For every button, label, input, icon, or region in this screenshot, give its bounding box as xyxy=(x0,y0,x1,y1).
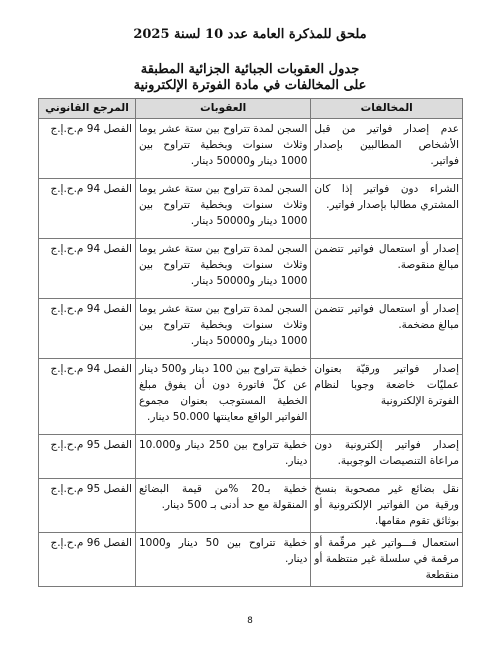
penalty-cell: السجن لمدة تتراوح بين ستة عشر يوما وثلاث… xyxy=(135,239,310,299)
reference-cell: الفصل 94 م.ح.إ.ج xyxy=(39,179,136,239)
violation-cell: إصدار فواتير ورقيّة بعنوان عمليّات خاضعة… xyxy=(311,359,463,435)
table-row: استعمال فـــواتير غير مرقّمة أو مرقمة في… xyxy=(39,533,463,587)
reference-cell: الفصل 94 م.ح.إ.ج xyxy=(39,359,136,435)
violation-cell: عدم إصدار فواتير من قبل الأشخاص المطالبي… xyxy=(311,119,463,179)
table-title-line-1: جدول العقوبات الجبائية الجزائية المطبقة xyxy=(0,62,500,77)
reference-cell: الفصل 95 م.ح.إ.ج xyxy=(39,435,136,479)
reference-cell: الفصل 94 م.ح.إ.ج xyxy=(39,239,136,299)
penalty-cell: السجن لمدة تتراوح بين ستة عشر يوما وثلاث… xyxy=(135,119,310,179)
header-legal-reference: المرجع القانوني xyxy=(39,99,136,119)
penalty-cell: خطية تتراوح بين 250 دينار و10.000 دينار. xyxy=(135,435,310,479)
table-row: إصدار فواتير إلكترونية دون مراعاة التنصي… xyxy=(39,435,463,479)
header-penalties: العقوبات xyxy=(135,99,310,119)
table-row: إصدار أو استعمال فواتير تتضمن مبالغ مضخم… xyxy=(39,299,463,359)
reference-cell: الفصل 94 م.ح.إ.ج xyxy=(39,119,136,179)
penalties-table: المخالفات العقوبات المرجع القانوني عدم إ… xyxy=(38,98,463,587)
penalty-cell: السجن لمدة تتراوح بين ستة عشر يوما وثلاث… xyxy=(135,179,310,239)
penalty-cell: السجن لمدة تتراوح بين ستة عشر يوما وثلاث… xyxy=(135,299,310,359)
header-violations: المخالفات xyxy=(311,99,463,119)
table-row: إصدار أو استعمال فواتير تتضمن مبالغ منقو… xyxy=(39,239,463,299)
penalty-cell: خطية بـ20 %من قيمة البضائع المنقولة مع ح… xyxy=(135,479,310,533)
table-row: نقل بضائع غير مصحوبة بنسخ ورقية من الفوا… xyxy=(39,479,463,533)
page-number: 8 xyxy=(0,616,500,626)
penalty-cell: خطية تتراوح بين 50 دينار و1000 دينار. xyxy=(135,533,310,587)
reference-cell: الفصل 96 م.ح.إ.ج xyxy=(39,533,136,587)
violation-cell: الشراء دون فواتير إذا كان المشتري مطالبا… xyxy=(311,179,463,239)
table-header-row: المخالفات العقوبات المرجع القانوني xyxy=(39,99,463,119)
table-row: الشراء دون فواتير إذا كان المشتري مطالبا… xyxy=(39,179,463,239)
violation-cell: إصدار فواتير إلكترونية دون مراعاة التنصي… xyxy=(311,435,463,479)
violation-cell: نقل بضائع غير مصحوبة بنسخ ورقية من الفوا… xyxy=(311,479,463,533)
penalty-cell: خطية تتراوح بين 100 دينار و500 دينار عن … xyxy=(135,359,310,435)
table-row: عدم إصدار فواتير من قبل الأشخاص المطالبي… xyxy=(39,119,463,179)
violation-cell: إصدار أو استعمال فواتير تتضمن مبالغ منقو… xyxy=(311,239,463,299)
document-title: ملحق للمذكرة العامة عدد 10 لسنة 2025 xyxy=(0,27,500,42)
table-row: إصدار فواتير ورقيّة بعنوان عمليّات خاضعة… xyxy=(39,359,463,435)
violation-cell: استعمال فـــواتير غير مرقّمة أو مرقمة في… xyxy=(311,533,463,587)
document-page: ملحق للمذكرة العامة عدد 10 لسنة 2025 جدو… xyxy=(0,0,500,667)
reference-cell: الفصل 95 م.ح.إ.ج xyxy=(39,479,136,533)
table-title-line-2: على المخالفات في مادة الفوترة الإلكتروني… xyxy=(0,78,500,93)
violation-cell: إصدار أو استعمال فواتير تتضمن مبالغ مضخم… xyxy=(311,299,463,359)
reference-cell: الفصل 94 م.ح.إ.ج xyxy=(39,299,136,359)
